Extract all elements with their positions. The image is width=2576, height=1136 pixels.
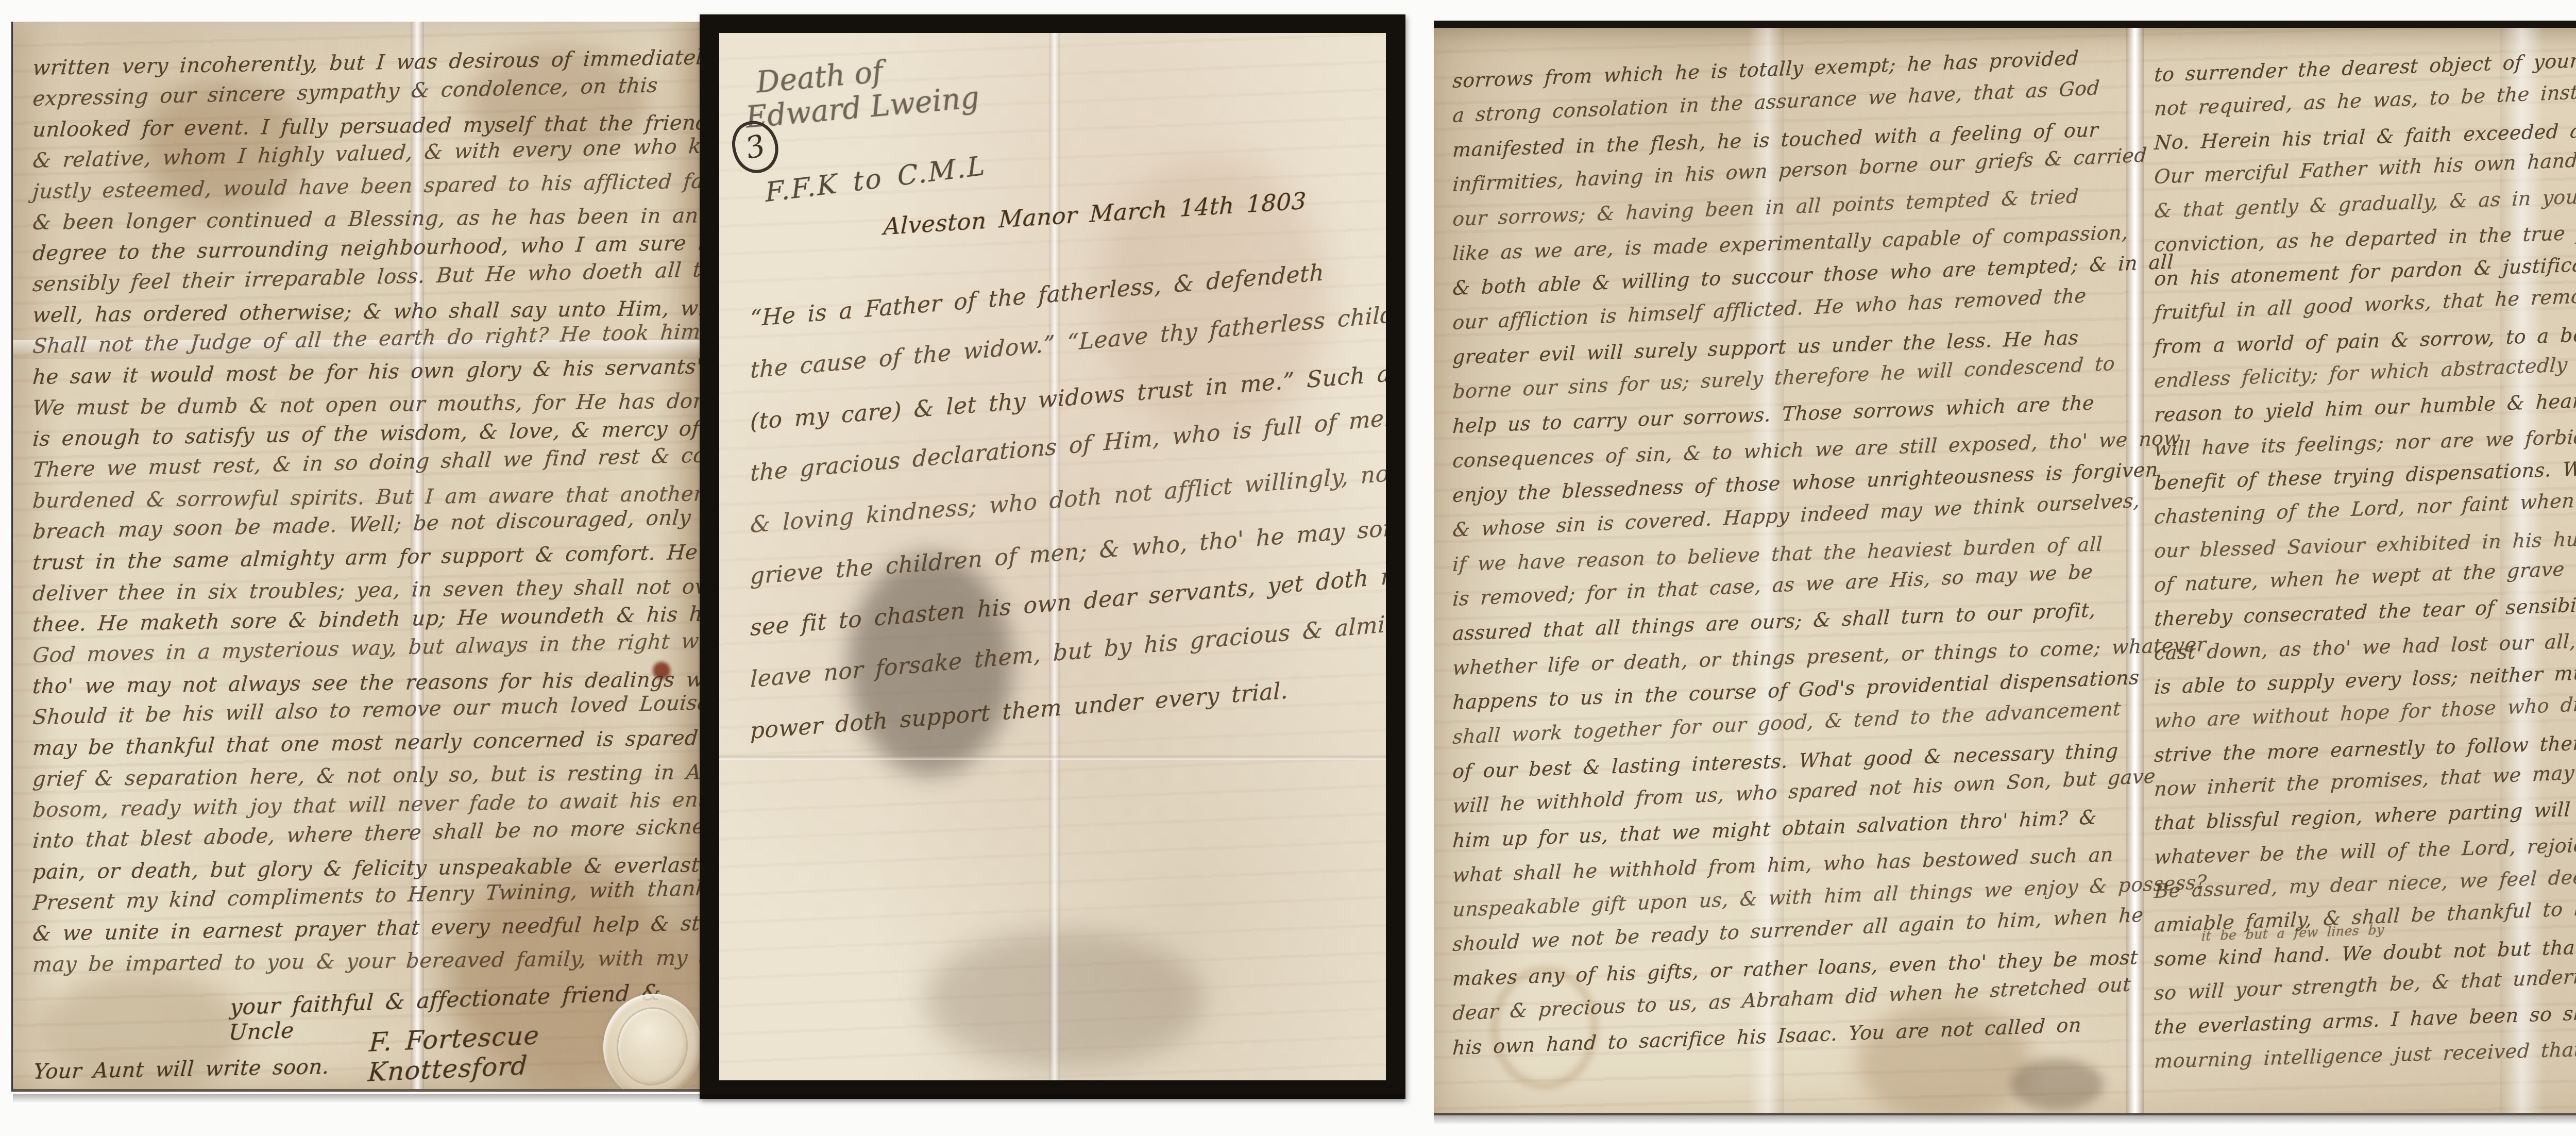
correspondents-note: F.F.K to C.M.L (765, 151, 987, 209)
letter-scan: written very incoherently, but I was des… (0, 0, 2576, 1136)
letter-page-left: written very incoherently, but I was des… (11, 22, 700, 1092)
pencil-annotation: Death of Edward Lweing (741, 46, 980, 135)
postscript: Your Aunt will write soon. (32, 1055, 330, 1084)
dateline: Alveston Manor March 14th 1803 (883, 183, 1378, 241)
left-page-text: written very incoherently, but I was des… (32, 53, 692, 980)
scan-shadow (13, 1094, 1404, 1103)
right-sheet: sorrows from which he is totally exempt;… (1434, 21, 2576, 1115)
front-page-text: “He is a Father of the fatherless, & def… (750, 293, 1386, 757)
mourning-border: Death of Edward Lweing 3 F.F.K to C.M.L … (700, 14, 1405, 1099)
letter-front-page: Death of Edward Lweing 3 F.F.K to C.M.L … (719, 33, 1386, 1080)
handwritten-line: may be imparted to you & your bereaved f… (32, 943, 693, 980)
stain (2011, 1059, 2104, 1110)
left-sheet: written very incoherently, but I was des… (11, 14, 1405, 1099)
scan-shadow (1434, 1115, 2576, 1125)
right-sheet-left-column: sorrows from which he is totally exempt;… (1452, 64, 2130, 1065)
page-number: 3 (742, 128, 769, 166)
stain (925, 930, 1204, 1069)
